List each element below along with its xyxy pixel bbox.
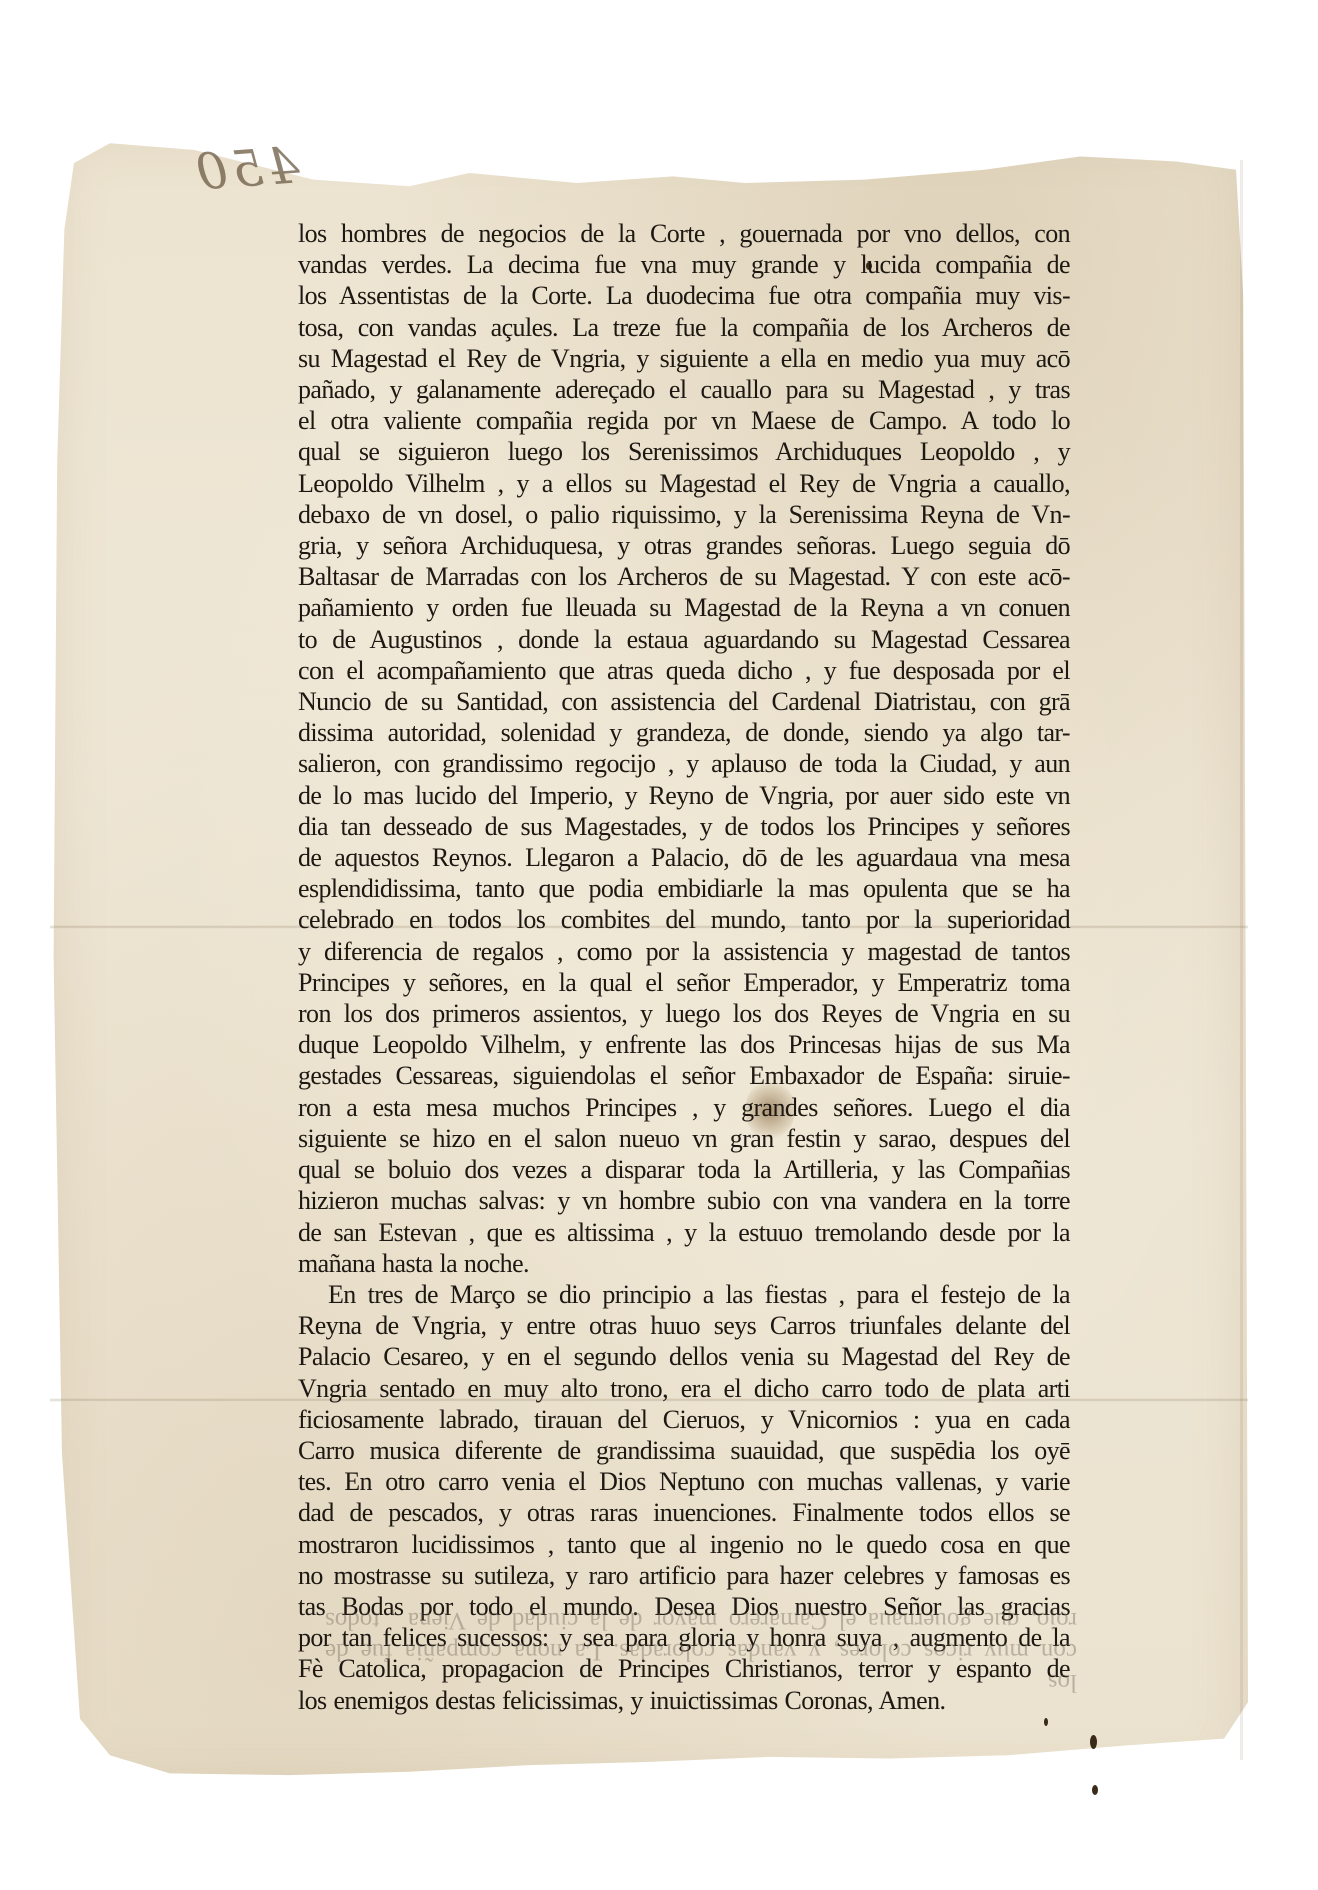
text-line: Leopoldo Vilhelm , y a ellos su Magestad… (298, 468, 1070, 499)
text-line: los hombres de negocios de la Corte , go… (298, 218, 1070, 249)
text-line: duque Leopoldo Vilhelm, y enfrente las d… (298, 1029, 1070, 1060)
text-line: los Assentistas de la Corte. La duodecim… (298, 280, 1070, 311)
text-line: el otra valiente compañia regida por vn … (298, 405, 1070, 436)
text-line: celebrado en todos los combites del mund… (298, 904, 1070, 935)
text-line: Vngria sentado en muy alto trono, era el… (298, 1373, 1070, 1404)
text-line: Reyna de Vngria, y entre otras huuo seys… (298, 1310, 1070, 1341)
ink-speck (1092, 1785, 1098, 1795)
text-line: Principes y señores, en la qual el señor… (298, 967, 1070, 998)
text-line: pañado, y galanamente adereçado el caual… (298, 374, 1070, 405)
text-line: siguiente se hizo en el salon nueuo vn g… (298, 1123, 1070, 1154)
text-line: Baltasar de Marradas con los Archeros de… (298, 561, 1070, 592)
ink-speck (1044, 1718, 1048, 1726)
text-line: de aquestos Reynos. Llegaron a Palacio, … (298, 842, 1070, 873)
text-line: debaxo de vn dosel, o palio riquissimo, … (298, 499, 1070, 530)
bleed-line: rojo, que gouernaua el Camarero mayor de… (325, 1605, 1077, 1636)
bleed-line: con muy ricos colores, y vandas colorada… (325, 1636, 1077, 1667)
ink-speck (1090, 1735, 1097, 1749)
text-line: dia tan desseado de sus Magestades, y de… (298, 811, 1070, 842)
text-line: hizieron muchas salvas: y vn hombre subi… (298, 1185, 1070, 1216)
text-line: qual se siguieron luego los Serenissimos… (298, 436, 1070, 467)
text-line: salieron, con grandissimo regocijo , y a… (298, 748, 1070, 779)
text-line: Carro musica diferente de grandissima su… (298, 1435, 1070, 1466)
bleed-line: los (325, 1667, 1077, 1698)
text-line: no mostrasse su sutileza, y raro artific… (298, 1560, 1070, 1591)
text-line: ficiosamente labrado, tirauan del Cieruo… (298, 1404, 1070, 1435)
text-line: pañamiento y orden fue lleuada su Magest… (298, 592, 1070, 623)
text-line: Palacio Cesareo, y en el segundo dellos … (298, 1341, 1070, 1372)
text-line: dad de pescados, y otras raras inuencion… (298, 1497, 1070, 1528)
text-line: gria, y señora Archiduquesa, y otras gra… (298, 530, 1070, 561)
fold-crease-vertical (1240, 160, 1243, 1760)
text-line: de san Estevan , que es altissima , y la… (298, 1217, 1070, 1248)
text-line: to de Augustinos , donde la estaua aguar… (298, 624, 1070, 655)
text-line: vandas verdes. La decima fue vna muy gra… (298, 249, 1070, 280)
text-line: mostraron lucidissimos , tanto que al in… (298, 1529, 1070, 1560)
manuscript-folio-number: 450 (190, 136, 301, 201)
bleed-through-text: los con muy ricos colores, y vandas colo… (325, 1605, 1077, 1698)
text-line: gestades Cessareas, siguiendolas el seño… (298, 1060, 1070, 1091)
text-line: dissima autoridad, solenidad y grandeza,… (298, 717, 1070, 748)
text-line: tosa, con vandas açules. La treze fue la… (298, 312, 1070, 343)
text-line: Nuncio de su Santidad, con assistencia d… (298, 686, 1070, 717)
text-line: qual se boluio dos vezes a disparar toda… (298, 1154, 1070, 1185)
text-line: con el acompañamiento que atras queda di… (298, 655, 1070, 686)
text-line: ron los dos primeros assientos, y luego … (298, 998, 1070, 1029)
text-line: mañana hasta la noche. (298, 1248, 1070, 1279)
text-line: de lo mas lucido del Imperio, y Reyno de… (298, 780, 1070, 811)
text-line: su Magestad el Rey de Vngria, y siguient… (298, 343, 1070, 374)
printed-text-block: los hombres de negocios de la Corte , go… (298, 218, 1070, 1716)
text-line: y diferencia de regalos , como por la as… (298, 936, 1070, 967)
text-line: ron a esta mesa muchos Principes , y gra… (298, 1092, 1070, 1123)
text-line: esplendidissima, tanto que podia embidia… (298, 873, 1070, 904)
paragraph-start-line: En tres de Março se dio principio a las … (298, 1279, 1070, 1310)
text-line: tes. En otro carro venia el Dios Neptuno… (298, 1466, 1070, 1497)
